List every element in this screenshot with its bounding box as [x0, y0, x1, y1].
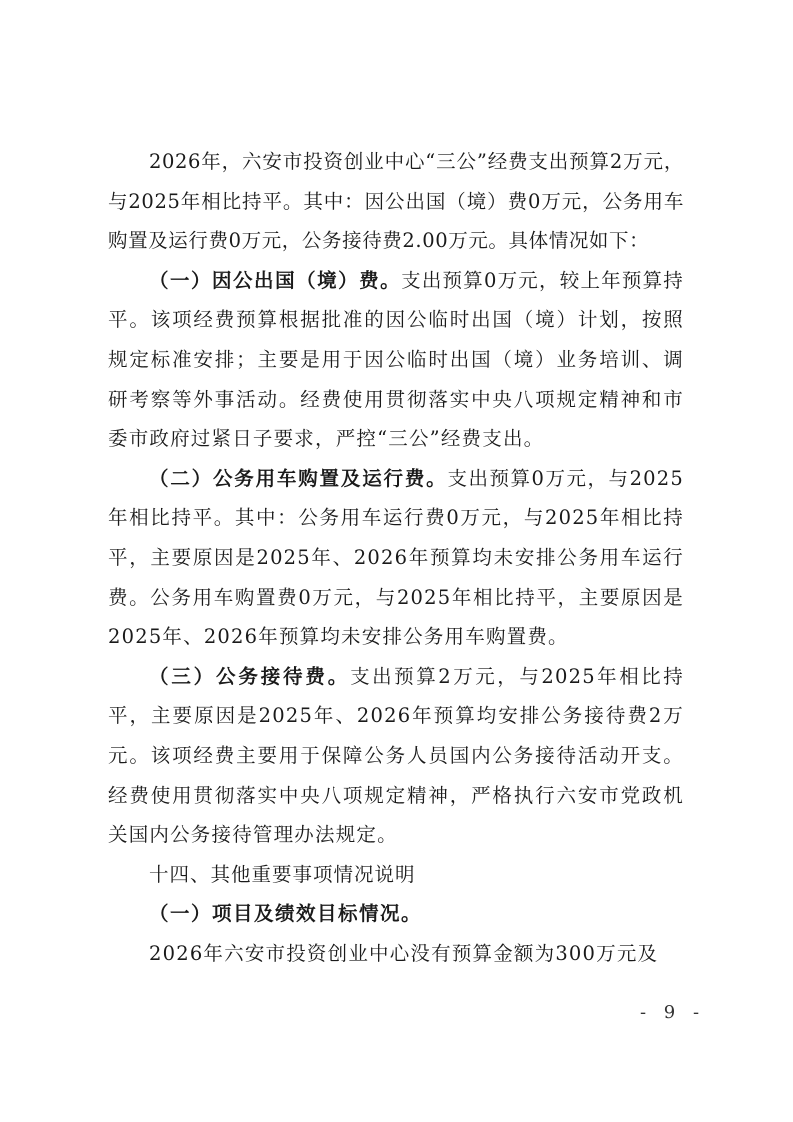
- section-2-body: 支出预算0万元，与2025年相比持平。其中：公务用车运行费0万元，与2025年相…: [108, 467, 684, 648]
- section-3-paragraph: （三）公务接待费。支出预算2万元，与2025年相比持平，主要原因是2025年、2…: [108, 657, 684, 855]
- section-2-paragraph: （二）公务用车购置及运行费。支出预算0万元，与2025年相比持平。其中：公务用车…: [108, 459, 684, 657]
- page-number: - 9 -: [640, 1002, 705, 1023]
- section-3-title: （三）公务接待费。: [149, 665, 350, 688]
- intro-paragraph: 2026年，六安市投资创业中心“三公”经费支出预算2万元，与2025年相比持平。…: [108, 142, 684, 261]
- section-1-title: （一）因公出国（境）费。: [149, 269, 401, 292]
- section-3-body: 支出预算2万元，与2025年相比持平，主要原因是2025年、2026年预算均安排…: [108, 665, 684, 846]
- section-1-paragraph: （一）因公出国（境）费。支出预算0万元，较上年预算持平。该项经费预算根据批准的因…: [108, 261, 684, 459]
- chapter-14-body-paragraph: 2026年六安市投资创业中心没有预算金额为300万元及: [108, 934, 684, 974]
- section-2-title: （二）公务用车购置及运行费。: [149, 467, 447, 490]
- chapter-14-subheading-1: （一）项目及绩效目标情况。: [108, 894, 684, 934]
- section-1-body: 支出预算0万元，较上年预算持平。该项经费预算根据批准的因公临时出国（境）计划，按…: [108, 269, 684, 450]
- document-page-body: 2026年，六安市投资创业中心“三公”经费支出预算2万元，与2025年相比持平。…: [108, 142, 684, 973]
- chapter-14-heading: 十四、其他重要事项情况说明: [108, 855, 684, 895]
